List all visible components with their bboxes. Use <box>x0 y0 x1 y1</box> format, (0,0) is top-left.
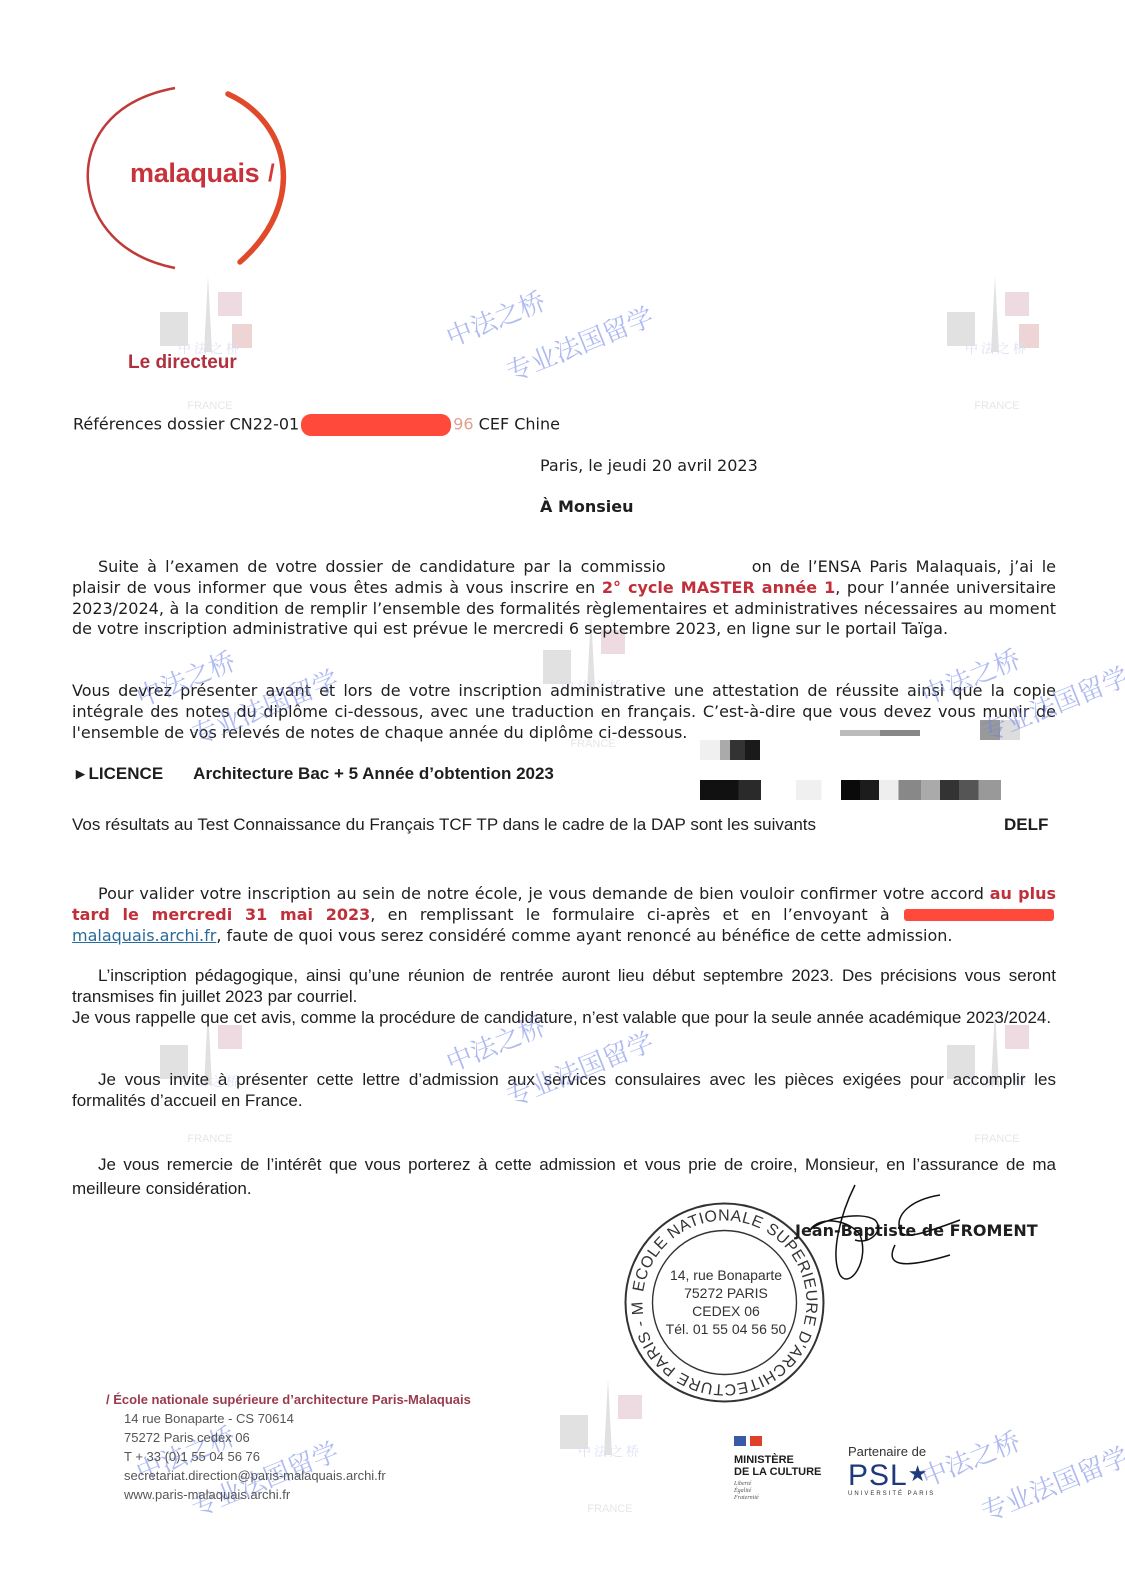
language-test-result: DELF <box>1004 815 1048 835</box>
star-icon: ★ <box>908 1461 929 1486</box>
paragraph-pedagogical: L’inscription pédagogique, ainsi qu’une … <box>72 965 1056 1007</box>
logo-slash: / <box>268 160 275 188</box>
redaction-mark <box>880 730 920 736</box>
diploma-row: ▸LICENCEArchitecture Bac + 5 Année d’obt… <box>76 764 554 784</box>
paragraph-validity: Je vous rappelle que cet avis, comme la … <box>72 1007 1056 1028</box>
ministere-culture-logo: MINISTÈREDE LA CULTURE LibertéÉgalitéFra… <box>734 1433 821 1502</box>
footer-address: / École nationale supérieure d’architect… <box>106 1390 471 1504</box>
diploma-level: LICENCE <box>89 764 164 783</box>
redaction-mark <box>904 909 1054 921</box>
sender-title: Le directeur <box>128 352 237 374</box>
recipient: À Monsieu <box>540 497 634 516</box>
redaction-mark <box>840 730 880 736</box>
watermark-emblem: 中法之桥 FRANCE <box>937 272 1057 412</box>
svg-text:Tél. 01 55 04 56 50: Tél. 01 55 04 56 50 <box>666 1321 787 1337</box>
letter-date: Paris, le jeudi 20 avril 2023 <box>540 456 758 475</box>
svg-text:14, rue Bonaparte: 14, rue Bonaparte <box>670 1267 782 1283</box>
handwritten-signature <box>800 1175 980 1295</box>
redaction-mark <box>700 780 1020 800</box>
program-highlight: 2° cycle MASTER année 1 <box>602 578 835 597</box>
contact-email-link[interactable]: malaquais.archi.fr <box>72 926 216 945</box>
redaction-mark <box>700 740 760 760</box>
logo-wordmark: malaquais <box>130 158 259 189</box>
svg-text:75272 PARIS: 75272 PARIS <box>684 1285 768 1301</box>
french-flag-icon <box>734 1433 821 1451</box>
redaction-mark <box>301 414 451 436</box>
svg-text:CEDEX 06: CEDEX 06 <box>692 1303 760 1319</box>
paragraph-admission: Suite à l’examen de votre dossier de can… <box>72 557 1056 640</box>
diploma-description: Architecture Bac + 5 Année d’obtention 2… <box>193 764 554 783</box>
watermark-emblem: 中法之桥 FRANCE <box>150 272 270 412</box>
paragraph-confirmation: Pour valider votre inscription au sein d… <box>72 884 1056 946</box>
psl-partner-logo: Partenaire de PSL★ UNIVERSITÉ PARIS <box>848 1444 935 1497</box>
dossier-reference: Références dossier CN22-0196 CEF Chine <box>73 414 560 436</box>
footer-email[interactable]: secretariat.direction@paris-malaquais.ar… <box>124 1466 471 1485</box>
language-test-text: Vos résultats au Test Connaissance du Fr… <box>72 815 816 835</box>
footer-website[interactable]: www.paris-malaquais.archi.fr <box>124 1485 471 1504</box>
